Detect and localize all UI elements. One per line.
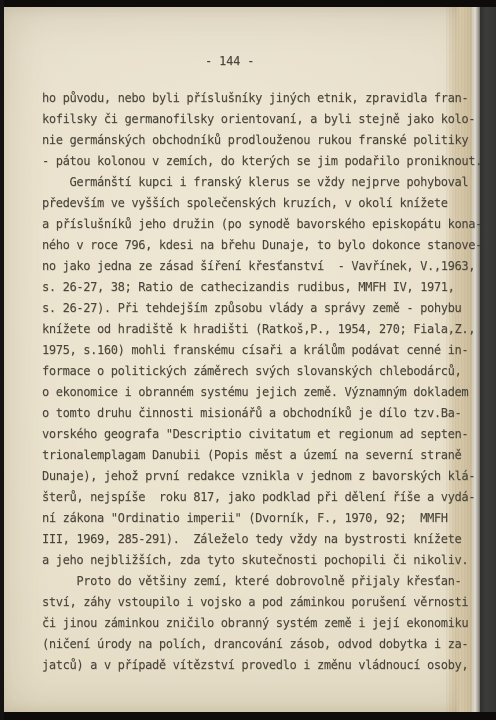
text-line: trionalemplagam Danubii (Popis měst a úz… [42,445,472,466]
scanned-book-page: - 144 - ho původu, nebo byli příslušníky… [0,0,496,720]
text-line: - pátou kolonou v zemích, do kterých se … [42,151,472,172]
text-line: o tomto druhu činnosti misionářů a obcho… [42,403,472,424]
text-line: 1975, s.160) mohli franskému císaři a kr… [42,340,472,361]
text-line: ství, záhy vstoupilo i vojsko a pod zámi… [42,592,472,613]
text-line: knížete od hradiště k hradišti (Ratkoš,P… [42,319,472,340]
text-line: vorského geografa "Descriptio civitatum … [42,424,472,445]
page-number: - 144 - [205,54,254,68]
text-line: jatců) a v případě vítězství provedlo i … [42,655,472,676]
text-line: formace o politických záměrech svých slo… [42,361,472,382]
text-line: o ekonomice i obranném systému jejich ze… [42,382,472,403]
text-line: Proto do většiny zemí, které dobrovolně … [42,571,472,592]
text-line: a jeho nejbližších, zda tyto skutečnosti… [42,550,472,571]
text-line: či jinou záminkou zničilo obranný systém… [42,613,472,634]
scanner-background-left [0,0,4,720]
text-line: především ve vyšších společenských kruzí… [42,193,472,214]
text-line: s. 26-27, 38; Ratio de cathecizandis rud… [42,277,472,298]
scanner-background-right [479,7,496,713]
scanner-background-bottom [0,712,496,720]
text-line: nie germánských obchodníků prodlouženou … [42,130,472,151]
scanner-background-top [0,0,496,7]
text-line: Germánští kupci i franský klerus se vždy… [42,172,472,193]
text-line: s. 26-27). Při tehdejším způsobu vlády a… [42,298,472,319]
paper-page: - 144 - ho původu, nebo byli příslušníky… [4,7,480,712]
text-line: ho původu, nebo byli příslušníky jiných … [42,88,472,109]
text-line: ní zákona "Ordinatio imperii" (Dvorník, … [42,508,472,529]
body-text: ho původu, nebo byli příslušníky jiných … [42,88,472,676]
text-line: (ničení úrody na polích, drancování záso… [42,634,472,655]
text-line: a příslušníků jeho družin (po synodě bav… [42,214,472,235]
text-line: šterů, nejspíše roku 817, jako podklad p… [42,487,472,508]
text-line: III, 1969, 285-291). Záleželo tedy vždy … [42,529,472,550]
text-line: kofilsky či germanofilsky orientovaní, a… [42,109,472,130]
text-line: no jako jedna ze zásad šíření křesťanstv… [42,256,472,277]
text-line: ného v roce 796, kdesi na břehu Dunaje, … [42,235,472,256]
text-line: Dunaje), jehož první redakce vznikla v j… [42,466,472,487]
